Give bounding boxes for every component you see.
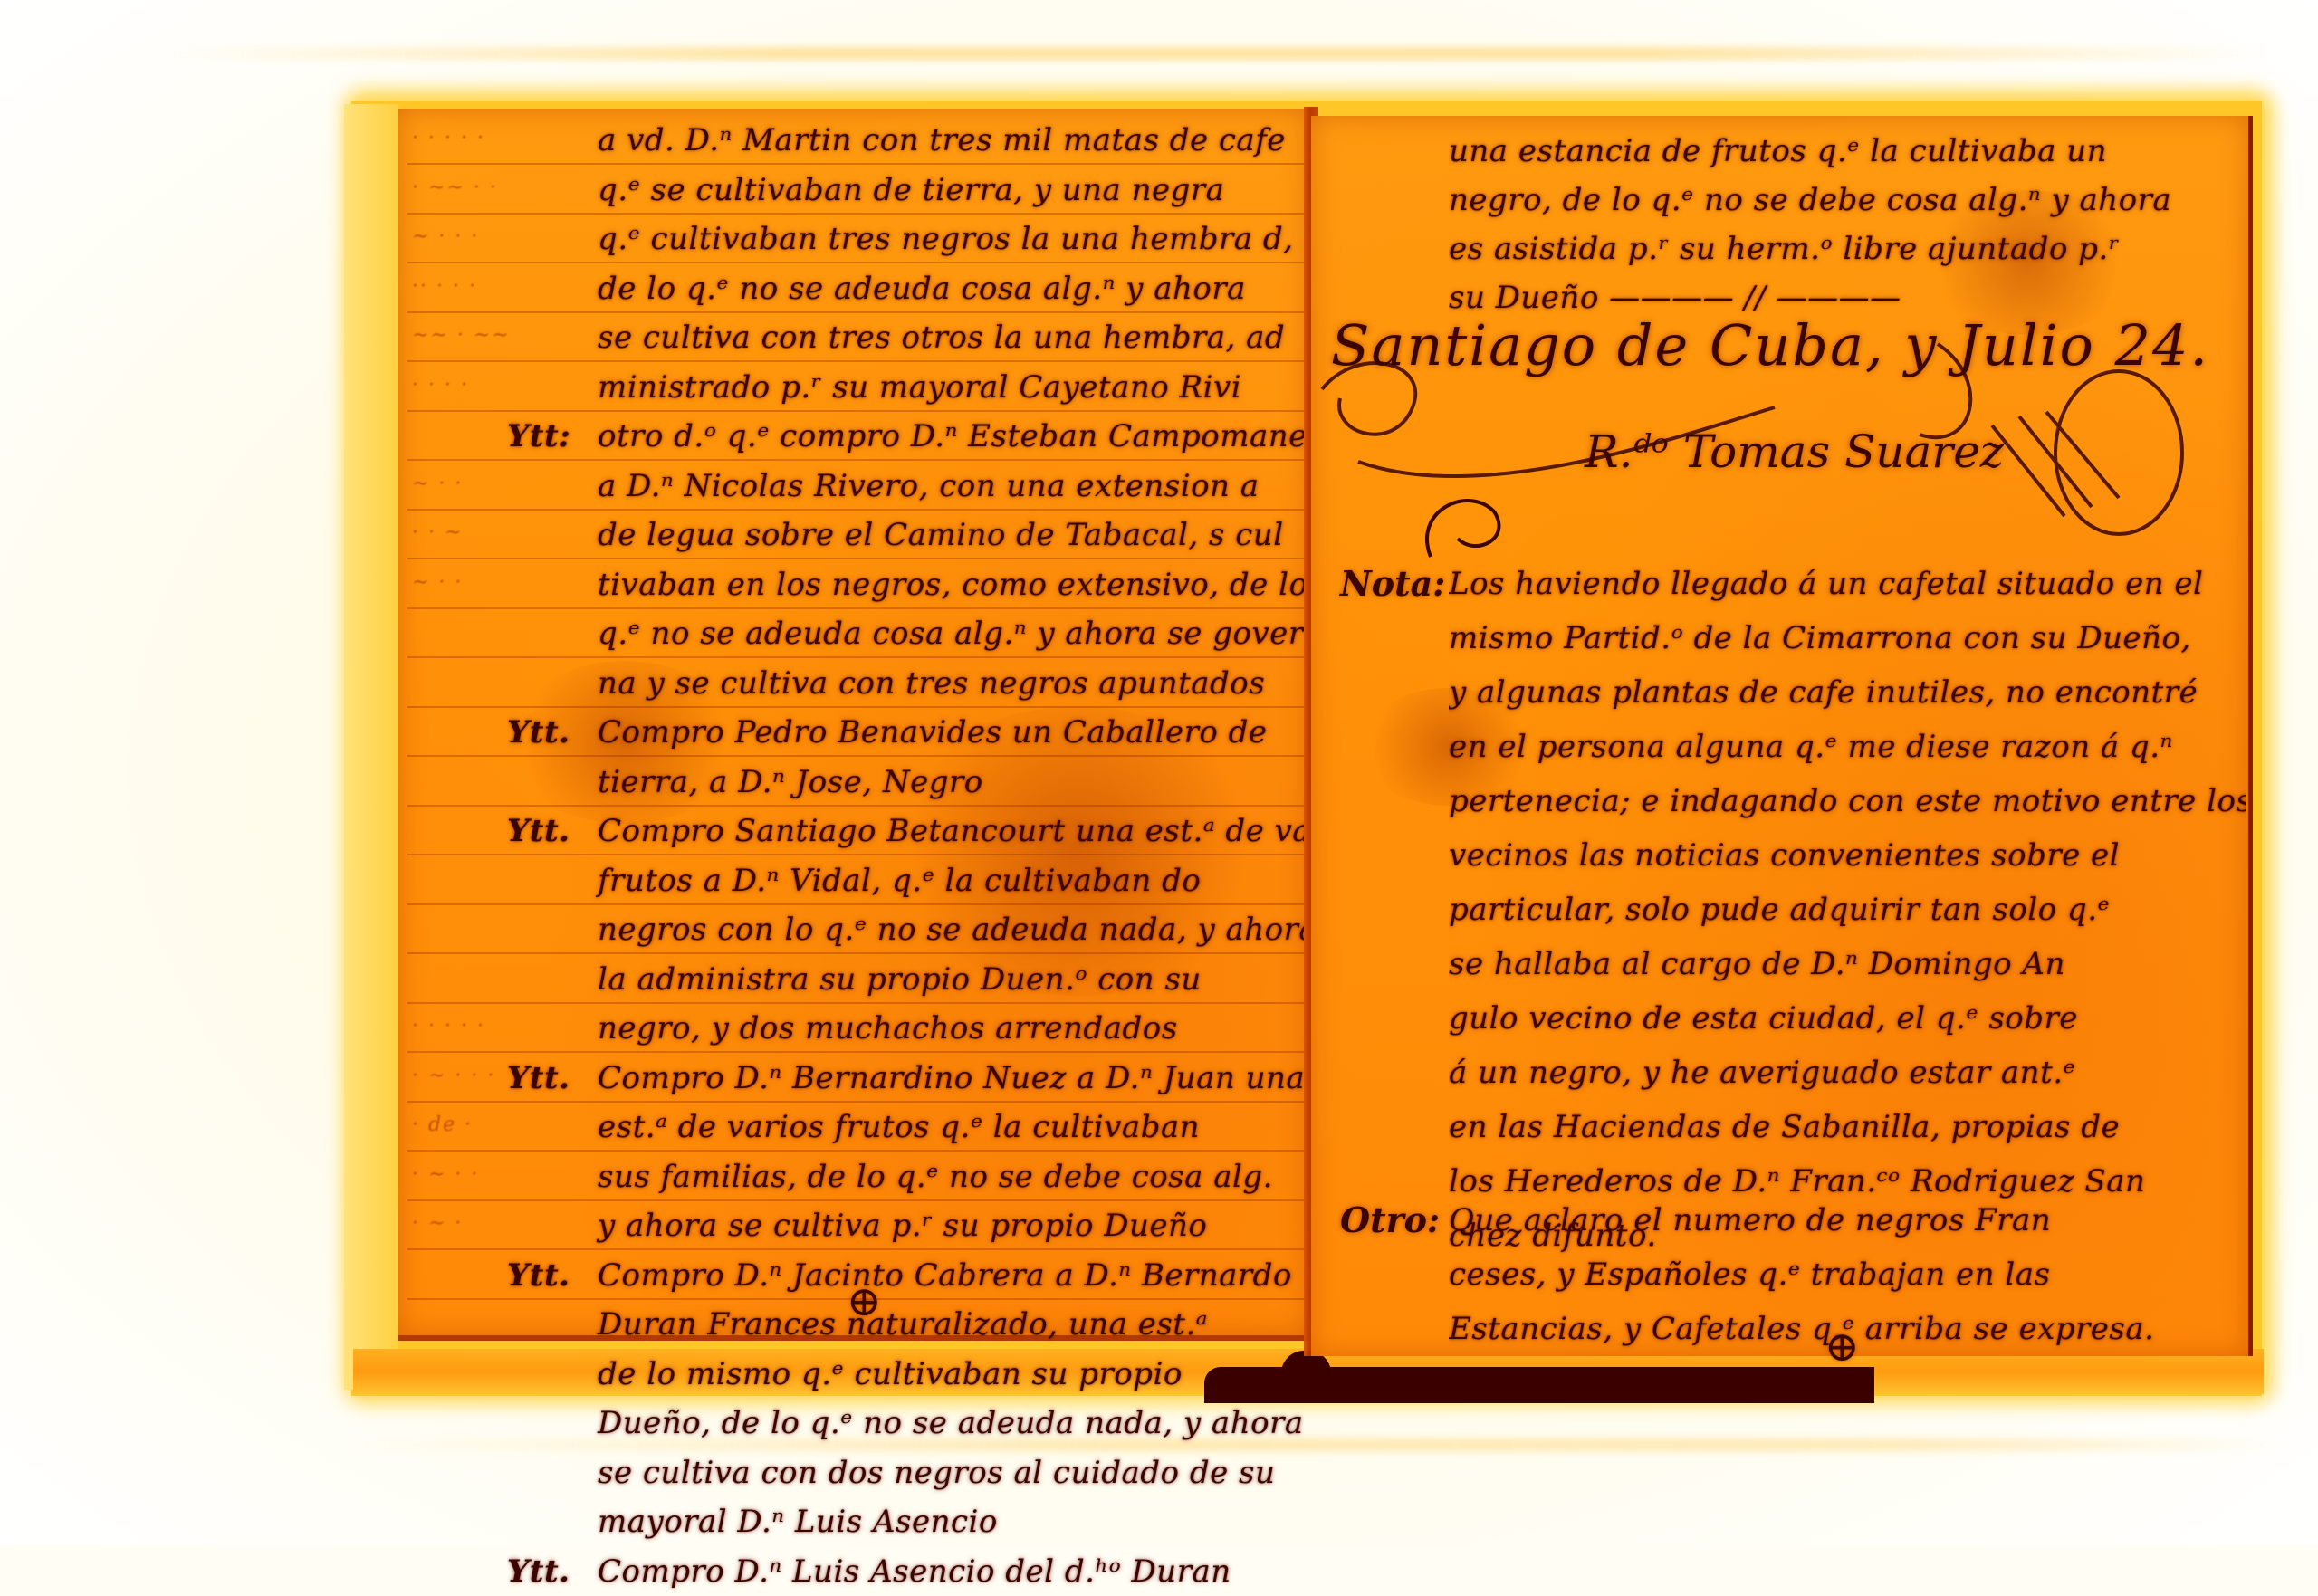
text-line: a D.ⁿ Nicolas Rivero, con una extension … [507,462,1304,511]
rubric-flourish-left: ⊕ [847,1276,882,1325]
decorative-loop-icon [1413,484,1521,566]
text-line: Ytt.Compro Santiago Betancourt una est.ᵃ… [507,807,1304,856]
margin-note: · ~ · [412,1212,516,1235]
line-text: q.ᵉ se cultivaban de tierra, y una negra [507,172,1224,208]
line-text: tivaban en los negros, como extensivo, d… [507,567,1304,603]
margin-note: ~ · · [412,473,516,495]
line-text: ministrado p.ʳ su mayoral Cayetano Rivi [507,369,1241,406]
text-line: se cultiva con dos negros al cuidado de … [507,1448,1304,1498]
text-line: la administra su propio Duen.ᵒ con su [507,955,1304,1005]
line-text: negro, y dos muchachos arrendados [507,1010,1178,1046]
text-line: tierra, a D.ⁿ Jose, Negro [507,758,1304,808]
line-text: se cultiva con dos negros al cuidado de … [507,1455,1275,1491]
left-page-text: a vd. D.ⁿ Martin con tres mil matas de c… [507,116,1304,1545]
line-text: a vd. D.ⁿ Martin con tres mil matas de c… [507,122,1286,158]
scan-background: · · · · ·· ~~ · ·~ · · ··· · · ·~~ · ~~ … [0,0,2318,1545]
line-text: Dueño, de lo q.ᵉ no se adeuda nada, y ah… [507,1405,1304,1441]
margin-note: · de · [412,1113,516,1136]
line-text: de lo mismo q.ᵉ cultivaban su propio [507,1356,1183,1392]
line-text: Compro Pedro Benavides un Caballero de [507,714,1268,750]
text-line: es asistida p.ʳ su herm.ᵒ libre ajuntado… [1449,225,2246,273]
margin-note: · · ~ [412,521,516,544]
text-line: negro, de lo q.ᵉ no se debe cosa alg.ⁿ y… [1449,176,2246,225]
text-line: a vd. D.ⁿ Martin con tres mil matas de c… [507,116,1304,166]
text-line: Duran Frances naturalizado, una est.ᵃ [507,1300,1304,1350]
text-line: en el persona alguna q.ᵉ me diese razon … [1449,720,2246,774]
text-line: frutos a D.ⁿ Vidal, q.ᵉ la cultivaban do [507,856,1304,906]
margin-note: · ~ · · [412,1163,516,1186]
text-line: se cultiva con tres otros la una hembra,… [507,313,1304,363]
text-line: Ytt.Compro D.ⁿ Bernardino Nuez a D.ⁿ Jua… [507,1054,1304,1104]
line-text: de lo q.ᵉ no se adeuda cosa alg.ⁿ y ahor… [507,271,1246,307]
scanner-edge-glow-top [163,47,2273,60]
text-line: est.ᵃ de varios frutos q.ᵉ la cultivaban [507,1103,1304,1152]
margin-note: · · · · · [412,127,516,149]
line-text: de legua sobre el Camino de Tabacal, s c… [507,517,1284,553]
line-text: la administra su propio Duen.ᵒ con su [507,961,1202,998]
line-text: negros con lo q.ᵉ no se adeuda nada, y a… [507,912,1304,948]
text-line: particular, solo pude adquirir tan solo … [1449,883,2246,937]
item-marker: Ytt. [507,708,570,758]
right-page-top-text: una estancia de frutos q.ᵉ la cultivaba … [1449,127,2246,322]
line-text: Compro Santiago Betancourt una est.ᵃ de … [507,813,1304,849]
rubric-flourish-right: ⊕ [1825,1322,1860,1371]
margin-note: · ~ · · · [412,1065,516,1087]
line-text: q.ᵉ cultivaban tres negros la una hembra… [507,221,1293,257]
text-line: na y se cultiva con tres negros apuntado… [507,659,1304,709]
text-line: á un negro, y he averiguado estar ant.ᵉ [1449,1046,2246,1100]
item-marker: Ytt. [507,1054,570,1104]
text-line: gulo vecino de esta ciudad, el q.ᵉ sobre [1449,991,2246,1046]
text-line: Ytt:otro d.ᵒ q.ᵉ compro D.ⁿ Esteban Camp… [507,412,1304,462]
line-text: Compro D.ⁿ Jacinto Cabrera a D.ⁿ Bernard… [507,1257,1292,1294]
text-line: vecinos las noticias convenientes sobre … [1449,828,2246,883]
line-text: est.ᵃ de varios frutos q.ᵉ la cultivaban [507,1109,1200,1145]
margin-note: ~~ · ~~ · [412,324,516,347]
text-line: en las Haciendas de Sabanilla, propias d… [1449,1100,2246,1154]
line-text: y ahora se cultiva p.ʳ su propio Dueño [507,1208,1207,1244]
item-marker: Ytt: [507,412,570,462]
text-line: de lo mismo q.ᵉ cultivaban su propio [507,1350,1304,1400]
text-line: Ytt.Compro D.ⁿ Jacinto Cabrera a D.ⁿ Ber… [507,1251,1304,1301]
line-text: tierra, a D.ⁿ Jose, Negro [507,764,983,800]
text-line: se hallaba al cargo de D.ⁿ Domingo An [1449,937,2246,991]
line-text: a D.ⁿ Nicolas Rivero, con una extension … [507,468,1260,504]
text-line: de lo q.ᵉ no se adeuda cosa alg.ⁿ y ahor… [507,264,1304,314]
line-text: q.ᵉ no se adeuda cosa alg.ⁿ y ahora se g… [507,616,1304,652]
text-line: negro, y dos muchachos arrendados [507,1004,1304,1054]
text-line: de legua sobre el Camino de Tabacal, s c… [507,511,1304,560]
text-line: y algunas plantas de cafe inutiles, no e… [1449,665,2246,720]
line-text: frutos a D.ⁿ Vidal, q.ᵉ la cultivaban do [507,863,1201,899]
margin-note: · · · · · [412,1015,516,1037]
text-line: Que aclaro el numero de negros Fran [1449,1193,2246,1247]
text-line: mayoral D.ⁿ Luis Asencio [507,1497,1304,1545]
binding-clip [1204,1367,1874,1403]
text-line: negros con lo q.ᵉ no se adeuda nada, y a… [507,905,1304,955]
text-line: mismo Partid.ᵒ de la Cimarrona con su Du… [1449,611,2246,665]
margin-note: · ~~ · · [412,177,516,199]
text-line: Dueño, de lo q.ᵉ no se adeuda nada, y ah… [507,1399,1304,1448]
margin-note: · · · · [412,374,516,397]
left-binding-strip [344,104,398,1390]
line-text: sus familias, de lo q.ᵉ no se debe cosa … [507,1159,1273,1195]
line-text: Compro D.ⁿ Bernardino Nuez a D.ⁿ Juan un… [507,1060,1304,1096]
text-line: pertenecia; e indagando con este motivo … [1449,774,2246,828]
line-text: mayoral D.ⁿ Luis Asencio [507,1504,998,1540]
text-line: y ahora se cultiva p.ʳ su propio Dueño [507,1201,1304,1251]
item-marker: Ytt. [507,807,570,856]
margin-note: ~ · · [412,571,516,594]
text-line: una estancia de frutos q.ᵉ la cultivaba … [1449,127,2246,176]
text-line: ministrado p.ʳ su mayoral Cayetano Rivi [507,363,1304,413]
text-line: Los haviendo llegado á un cafetal situad… [1449,557,2246,611]
item-marker: Ytt. [507,1251,570,1301]
note-text: Los haviendo llegado á un cafetal situad… [1449,557,2246,1263]
margin-note: ~ · · · [412,225,516,248]
text-line: q.ᵉ cultivaban tres negros la una hembra… [507,215,1304,264]
note-label: Nota: [1340,563,1445,604]
text-line: q.ᵉ se cultivaban de tierra, y una negra [507,166,1304,215]
text-line: ceses, y Españoles q.ᵉ trabajan en las [1449,1247,2246,1302]
line-text: se cultiva con tres otros la una hembra,… [507,320,1285,356]
text-line: Ytt.Compro Pedro Benavides un Caballero … [507,708,1304,758]
text-line: q.ᵉ no se adeuda cosa alg.ⁿ y ahora se g… [507,609,1304,659]
text-line: sus familias, de lo q.ᵉ no se debe cosa … [507,1152,1304,1202]
line-text: na y se cultiva con tres negros apuntado… [507,665,1265,702]
text-line: tivaban en los negros, como extensivo, d… [507,560,1304,610]
margin-note: ·· · · · [412,275,516,298]
line-text: otro d.ᵒ q.ᵉ compro D.ⁿ Esteban Campoman… [507,418,1304,454]
otro-label: Otro: [1340,1199,1440,1240]
